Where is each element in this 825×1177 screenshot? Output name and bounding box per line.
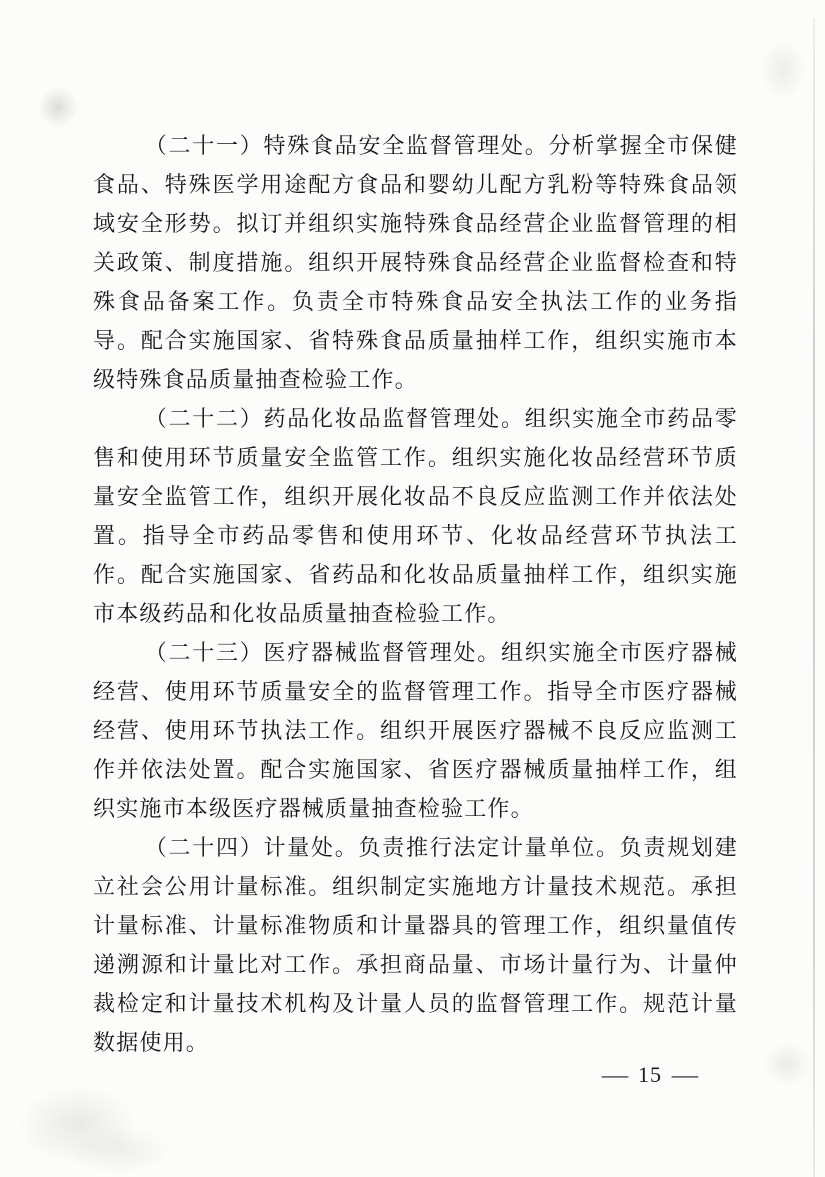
paragraph-section-21: （二十一）特殊食品安全监督管理处。分析掌握全市保健食品、特殊医学用途配方食品和婴… bbox=[93, 126, 738, 399]
scan-edge-line bbox=[813, 18, 815, 1177]
footer-right-dash: — bbox=[672, 1062, 698, 1088]
document-page: （二十一）特殊食品安全监督管理处。分析掌握全市保健食品、特殊医学用途配方食品和婴… bbox=[0, 0, 825, 1177]
document-body: （二十一）特殊食品安全监督管理处。分析掌握全市保健食品、特殊医学用途配方食品和婴… bbox=[93, 126, 738, 1062]
section-title: 特殊食品安全监督管理处。 bbox=[263, 133, 548, 158]
section-label: （二十三） bbox=[145, 640, 264, 665]
section-body: 负责推行法定计量单位。负责规划建立社会公用计量标准。组织制定实施地方计量技术规范… bbox=[93, 835, 738, 1055]
section-label: （二十一） bbox=[145, 133, 264, 158]
section-body: 组织实施全市药品零售和使用环节质量安全监管工作。组织实施化妆品经营环节质量安全监… bbox=[93, 406, 738, 626]
scan-smudge-bottom-left bbox=[18, 1085, 138, 1165]
section-title: 医疗器械监督管理处。 bbox=[263, 640, 501, 665]
section-title: 计量处。 bbox=[263, 835, 358, 860]
section-label: （二十二） bbox=[145, 406, 264, 431]
paragraph-section-23: （二十三）医疗器械监督管理处。组织实施全市医疗器械经营、使用环节质量安全的监督管… bbox=[93, 633, 738, 828]
scan-smudge-bottom-left-2 bbox=[70, 1125, 170, 1175]
footer-left-dash: — bbox=[602, 1062, 628, 1088]
page-footer: —15— bbox=[604, 1062, 696, 1088]
section-body: 组织实施全市医疗器械经营、使用环节质量安全的监督管理工作。指导全市医疗器械经营、… bbox=[93, 640, 738, 821]
paragraph-section-22: （二十二）药品化妆品监督管理处。组织实施全市药品零售和使用环节质量安全监管工作。… bbox=[93, 399, 738, 633]
scan-smudge-bottom-right bbox=[762, 1042, 812, 1086]
section-title: 药品化妆品监督管理处。 bbox=[263, 406, 524, 431]
scan-smudge-top-right bbox=[760, 40, 806, 100]
section-label: （二十四） bbox=[145, 835, 264, 860]
page-number: 15 bbox=[638, 1062, 662, 1088]
paragraph-section-24: （二十四）计量处。负责推行法定计量单位。负责规划建立社会公用计量标准。组织制定实… bbox=[93, 828, 738, 1062]
scan-smudge-top-left bbox=[38, 86, 78, 128]
section-body: 分析掌握全市保健食品、特殊医学用途配方食品和婴幼儿配方乳粉等特殊食品领域安全形势… bbox=[93, 133, 738, 392]
